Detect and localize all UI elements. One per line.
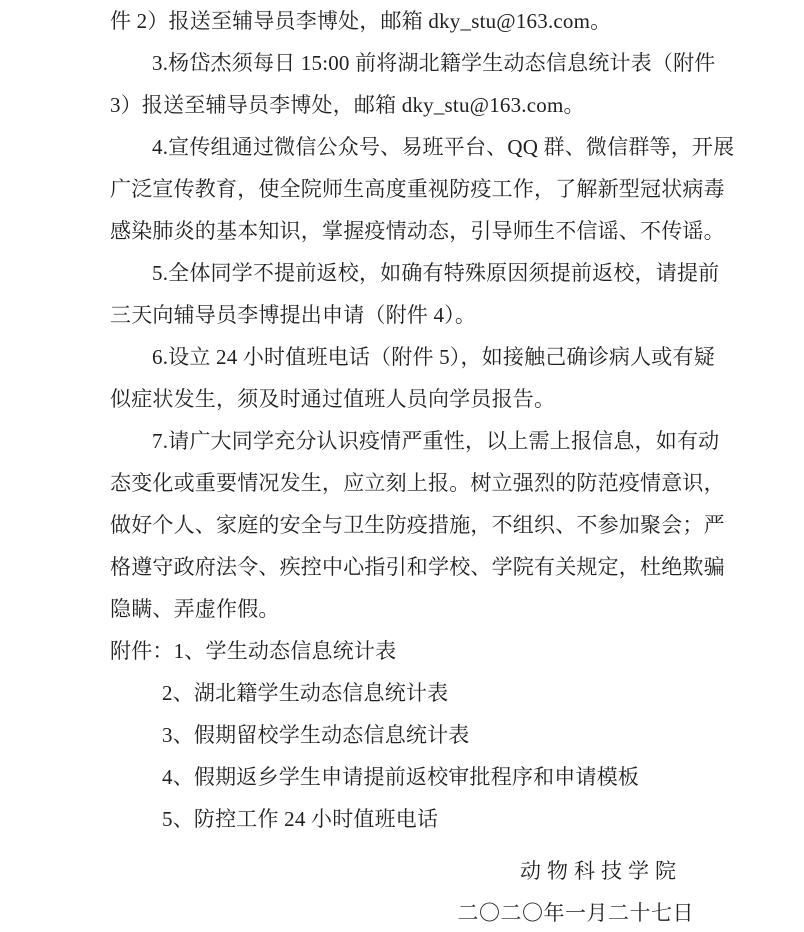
body-line-item-7: 7.请广大同学充分认识疫情严重性，以上需上报信息，如有动 (110, 420, 694, 462)
body-line: 3）报送至辅导员李博处，邮箱 dky_stu@163.com。 (110, 84, 694, 126)
signature-org: 动物科技学院 (110, 850, 694, 892)
attachment-list-item: 4、假期返乡学生申请提前返校审批程序和申请模板 (110, 756, 694, 798)
body-line: 似症状发生，须及时通过值班人员向学员报告。 (110, 378, 694, 420)
attachment-list-item: 5、防控工作 24 小时值班电话 (110, 798, 694, 840)
body-line: 感染肺炎的基本知识，掌握疫情动态，引导师生不信谣、不传谣。 (110, 210, 694, 252)
body-line-item-4: 4.宣传组通过微信公众号、易班平台、QQ 群、微信群等，开展 (110, 126, 694, 168)
body-line-item-6: 6.设立 24 小时值班电话（附件 5），如接触己确诊病人或有疑 (110, 336, 694, 378)
body-line: 三天向辅导员李博提出申请（附件 4）。 (110, 294, 694, 336)
body-line: 隐瞒、弄虚作假。 (110, 588, 694, 630)
body-line: 格遵守政府法令、疾控中心指引和学校、学院有关规定，杜绝欺骗 (110, 546, 694, 588)
body-line-item-5: 5.全体同学不提前返校，如确有特殊原因须提前返校，请提前 (110, 252, 694, 294)
attachment-list-header: 附件：1、学生动态信息统计表 (110, 630, 694, 672)
signature-block: 动物科技学院 二〇二〇年一月二十七日 (110, 850, 694, 932)
attachment-list-item: 3、假期留校学生动态信息统计表 (110, 714, 694, 756)
signature-date: 二〇二〇年一月二十七日 (110, 892, 694, 932)
body-line: 广泛宣传教育，使全院师生高度重视防疫工作，了解新型冠状病毒 (110, 168, 694, 210)
body-line: 做好个人、家庭的安全与卫生防疫措施，不组织、不参加聚会；严 (110, 504, 694, 546)
body-line: 态变化或重要情况发生，应立刻上报。树立强烈的防范疫情意识， (110, 462, 694, 504)
document-body: 件 2）报送至辅导员李博处，邮箱 dky_stu@163.com。 3.杨岱杰须… (110, 0, 694, 932)
body-line-item-3: 3.杨岱杰须每日 15:00 前将湖北籍学生动态信息统计表（附件 (110, 42, 694, 84)
body-line: 件 2）报送至辅导员李博处，邮箱 dky_stu@163.com。 (110, 0, 694, 42)
attachment-list-item: 2、湖北籍学生动态信息统计表 (110, 672, 694, 714)
document-page: 件 2）报送至辅导员李博处，邮箱 dky_stu@163.com。 3.杨岱杰须… (0, 0, 804, 932)
